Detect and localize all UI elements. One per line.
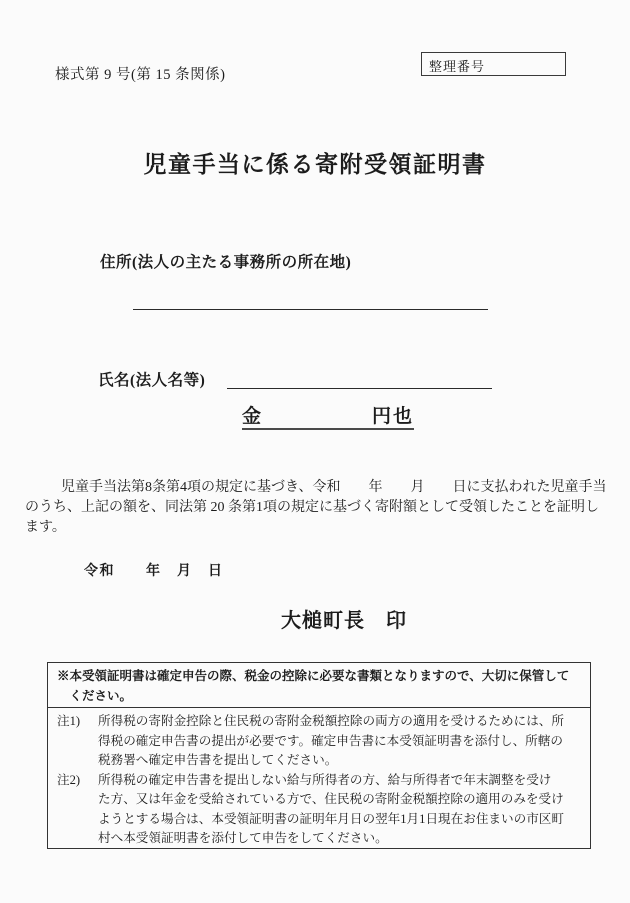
note-2-row: 注2) 所得税の確定申告書を提出しない給与所得者の方、給与所得者で年末調整を受け… xyxy=(57,771,588,849)
address-label: 住所(法人の主たる事務所の所在地) xyxy=(100,250,351,272)
note-2-text: 所得税の確定申告書を提出しない給与所得者の方、給与所得者で年末調整を受け た方、… xyxy=(98,771,588,849)
amount-suffix: 円也 xyxy=(372,401,414,428)
note-1-text: 所得税の寄附金控除と住民税の寄附金税額控除の両方の適用を受けるためには、所 得税… xyxy=(98,712,588,771)
note-1-label: 注1) xyxy=(57,712,98,732)
name-fill-in-line xyxy=(227,388,492,389)
notice-box: ※本受領証明書は確定申告の際、税金の控除に必要な書類となりますので、大切に保管し… xyxy=(47,662,591,849)
notice-headline: ※本受領証明書は確定申告の際、税金の控除に必要な書類となりますので、大切に保管し… xyxy=(48,663,590,708)
certification-body-text: 児童手当法第8条第4項の規定に基づき、令和 年 月 日に支払われた児童手当 のう… xyxy=(25,478,613,538)
amount-fill-in-line: 金 円也 xyxy=(242,404,414,430)
notice-notes: 注1) 所得税の寄附金控除と住民税の寄附金税額控除の両方の適用を受けるためには、… xyxy=(48,708,590,849)
certification-date-line: 令和 年 月 日 xyxy=(84,560,224,580)
note-1-row: 注1) 所得税の寄附金控除と住民税の寄附金税額控除の両方の適用を受けるためには、… xyxy=(57,712,588,771)
amount-prefix: 金 xyxy=(242,401,261,428)
signer-and-seal-line: 大槌町長 印 xyxy=(281,604,407,633)
name-label: 氏名(法人名等) xyxy=(98,368,205,390)
note-2-label: 注2) xyxy=(57,771,98,791)
address-fill-in-line xyxy=(133,309,488,310)
reference-number-label: 整理番号 xyxy=(429,56,485,75)
document-page: 様式第 9 号(第 15 条関係) 整理番号 児童手当に係る寄附受領証明書 住所… xyxy=(0,0,630,903)
document-title: 児童手当に係る寄附受領証明書 xyxy=(0,146,630,179)
form-number-label: 様式第 9 号(第 15 条関係) xyxy=(55,63,225,84)
reference-number-box: 整理番号 xyxy=(421,52,566,76)
